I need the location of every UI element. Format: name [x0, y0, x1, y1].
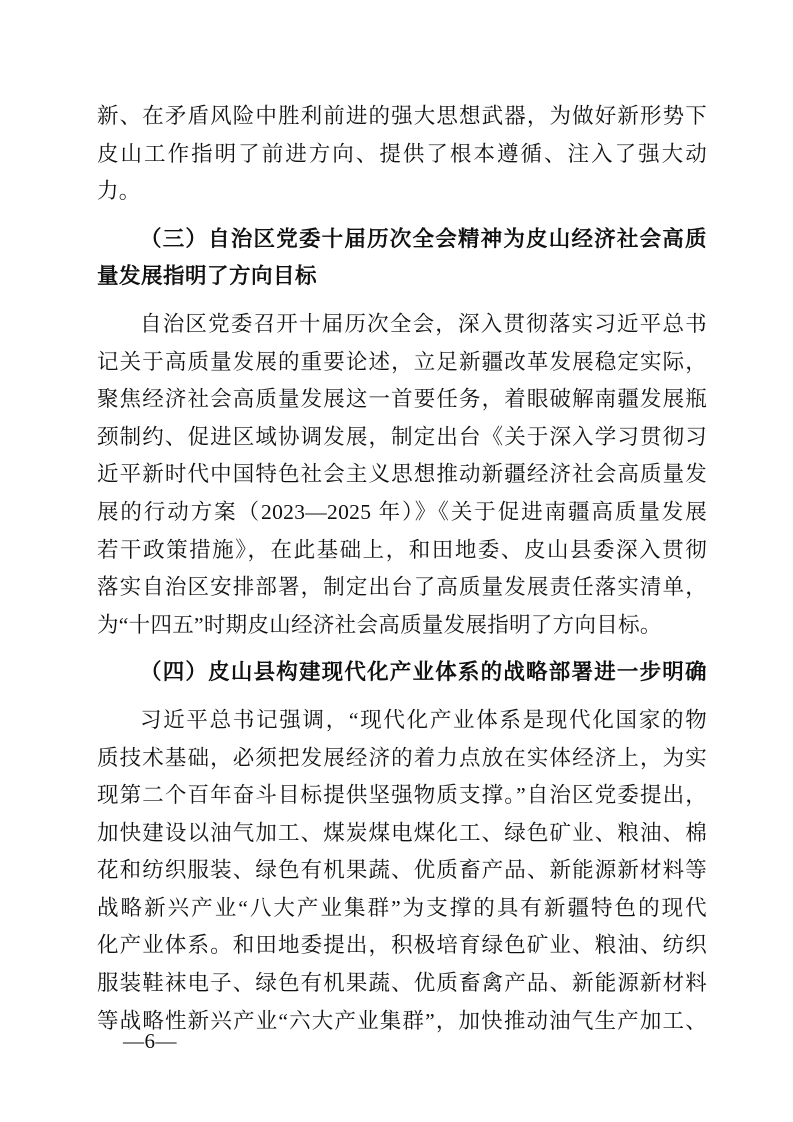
- body-paragraph: 习近平总书记强调，“现代化产业体系是现代化国家的物质技术基础，必须把发展经济的着…: [97, 702, 707, 1040]
- text-line: 习近平总书记强调，“现代化产业体系是现代化国家的物: [97, 702, 707, 740]
- text-line: 若干政策措施》，在此基础上，和田地委、皮山县委深入贯彻: [97, 532, 707, 570]
- text-line: 服装鞋袜电子、绿色有机果蔬、优质畜禽产品、新能源新材料: [97, 965, 707, 1003]
- heading-line: （四）皮山县构建现代化产业体系的战略部署进一步明确: [97, 654, 707, 692]
- document-page: 新、在矛盾风险中胜利前进的强大思想武器，为做好新形势下皮山工作指明了前进方向、提…: [0, 0, 793, 1122]
- text-line: 战略新兴产业“八大产业集群”为支撑的具有新疆特色的现代: [97, 890, 707, 928]
- heading-line: （三）自治区党委十届历次全会精神为皮山经济社会高质: [97, 221, 707, 259]
- document-body: 新、在矛盾风险中胜利前进的强大思想武器，为做好新形势下皮山工作指明了前进方向、提…: [97, 0, 707, 1040]
- text-line: 展的行动方案（2023—2025 年）》《关于促进南疆高质量发展: [97, 494, 707, 532]
- text-line: 新、在矛盾风险中胜利前进的强大思想武器，为做好新形势下: [97, 98, 707, 136]
- section-heading: （三）自治区党委十届历次全会精神为皮山经济社会高质量发展指明了方向目标: [97, 221, 707, 296]
- text-line: 化产业体系。和田地委提出，积极培育绿色矿业、粮油、纺织: [97, 927, 707, 965]
- text-line: 颈制约、促进区域协调发展，制定出台《关于深入学习贯彻习: [97, 419, 707, 457]
- text-line: 记关于高质量发展的重要论述，立足新疆改革发展稳定实际，: [97, 344, 707, 382]
- text-line: 皮山工作指明了前进方向、提供了根本遵循、注入了强大动力。: [97, 136, 707, 211]
- text-line: 近平新时代中国特色社会主义思想推动新疆经济社会高质量发: [97, 456, 707, 494]
- text-line: 聚焦经济社会高质量发展这一首要任务，着眼破解南疆发展瓶: [97, 381, 707, 419]
- text-line: 落实自治区安排部署，制定出台了高质量发展责任落实清单，: [97, 569, 707, 607]
- section-heading: （四）皮山县构建现代化产业体系的战略部署进一步明确: [97, 654, 707, 692]
- text-line: 质技术基础，必须把发展经济的着力点放在实体经济上，为实: [97, 740, 707, 778]
- page-number: —6—: [123, 1028, 177, 1055]
- text-line: 自治区党委召开十届历次全会，深入贯彻落实习近平总书: [97, 306, 707, 344]
- text-line: 为“十四五”时期皮山经济社会高质量发展指明了方向目标。: [97, 607, 707, 645]
- text-line: 等战略性新兴产业“六大产业集群”，加快推动油气生产加工、: [97, 1003, 707, 1041]
- text-line: 花和纺织服装、绿色有机果蔬、优质畜产品、新能源新材料等: [97, 852, 707, 890]
- text-line: 现第二个百年奋斗目标提供坚强物质支撑。”自治区党委提出，: [97, 777, 707, 815]
- body-paragraph: 自治区党委召开十届历次全会，深入贯彻落实习近平总书记关于高质量发展的重要论述，立…: [97, 306, 707, 644]
- text-line: 加快建设以油气加工、煤炭煤电煤化工、绿色矿业、粮油、棉: [97, 815, 707, 853]
- body-paragraph: 新、在矛盾风险中胜利前进的强大思想武器，为做好新形势下皮山工作指明了前进方向、提…: [97, 98, 707, 211]
- heading-line: 量发展指明了方向目标: [97, 258, 707, 296]
